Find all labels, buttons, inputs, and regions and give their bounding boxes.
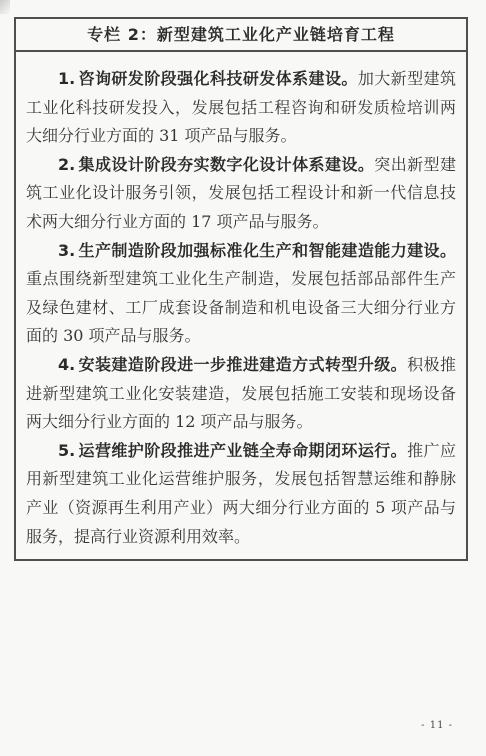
paragraph-2: 2.集成设计阶段夯实数字化设计体系建设。突出新型建筑工业化设计服务引领，发展包括… <box>26 151 456 237</box>
paragraph-2-lead: 集成设计阶段夯实数字化设计体系建设。 <box>78 155 374 174</box>
feature-box-title: 专栏 2：新型建筑工业化产业链培育工程 <box>16 19 466 52</box>
paragraph-1-lead: 咨询研发阶段强化科技研发体系建设。 <box>78 69 358 88</box>
scan-artifact <box>0 0 10 14</box>
paragraph-3: 3.生产制造阶段加强标准化生产和智能建造能力建设。重点围绕新型建筑工业化生产制造… <box>26 237 456 351</box>
paragraph-1: 1.咨询研发阶段强化科技研发体系建设。加大新型建筑工业化科技研发投入，发展包括工… <box>26 65 456 151</box>
paragraph-3-lead: 生产制造阶段加强标准化生产和智能建造能力建设。 <box>78 241 456 260</box>
paragraph-4-lead: 安装建造阶段进一步推进建造方式转型升级。 <box>78 355 407 374</box>
feature-box-body: 1.咨询研发阶段强化科技研发体系建设。加大新型建筑工业化科技研发投入，发展包括工… <box>16 52 466 559</box>
paragraph-5: 5.运营维护阶段推进产业链全寿命期闭环运行。推广应用新型建筑工业化运营维护服务，… <box>26 437 456 551</box>
paragraph-3-number: 3. <box>58 241 75 260</box>
paragraph-3-text: 重点围绕新型建筑工业化生产制造，发展包括部品部件生产及绿色建材、工厂成套设备制造… <box>26 269 456 345</box>
paragraph-1-number: 1. <box>58 69 75 88</box>
paragraph-4: 4.安装建造阶段进一步推进建造方式转型升级。积极推进新型建筑工业化安装建造，发展… <box>26 351 456 437</box>
paragraph-2-number: 2. <box>58 155 75 174</box>
paragraph-5-lead: 运营维护阶段推进产业链全寿命期闭环运行。 <box>78 441 407 460</box>
paragraph-5-number: 5. <box>58 441 75 460</box>
paragraph-4-number: 4. <box>58 355 75 374</box>
page-number: - 11 - <box>421 720 453 731</box>
feature-box: 专栏 2：新型建筑工业化产业链培育工程 1.咨询研发阶段强化科技研发体系建设。加… <box>14 17 468 561</box>
